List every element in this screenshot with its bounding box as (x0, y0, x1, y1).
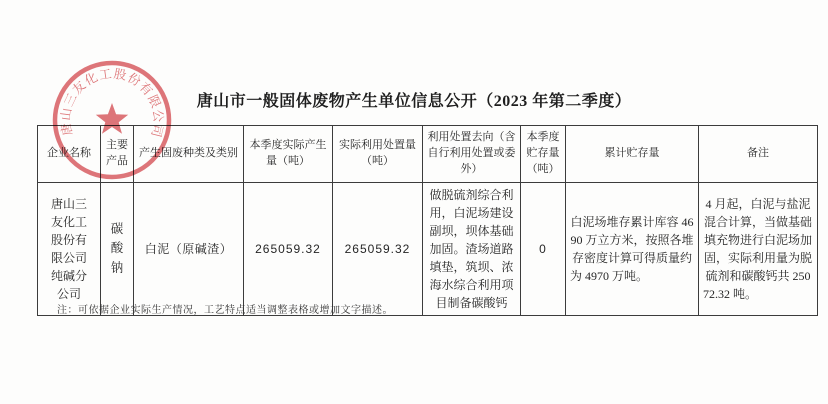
col-header-company-name: 企业名称 (38, 126, 101, 183)
col-header-cumulative-storage: 累计贮存量 (566, 126, 699, 183)
table-row: 唐山三友化工股份有限公司纯碱分公司 碳酸钠 白泥（原碱渣） 265059.32 … (38, 183, 818, 316)
col-header-waste-type: 产生固废种类及类别 (134, 126, 244, 183)
col-header-disposed-qty: 实际利用处置量（吨） (333, 126, 423, 183)
cell-disposed-qty: 265059.32 (333, 183, 423, 316)
col-header-produced-qty: 本季度实际产生量（吨） (244, 126, 333, 183)
waste-disclosure-table: 企业名称 主要产品 产生固废种类及类别 本季度实际产生量（吨） 实际利用处置量（… (37, 125, 818, 316)
main-product-text: 碳酸钠 (110, 220, 124, 278)
col-header-quarter-storage: 本季度贮存量（吨） (521, 126, 566, 183)
cell-remark: 4 月起，白泥与盐泥混合计算，当做基础填充物进行白泥场加固，实际利用量为脱硫剂和… (699, 183, 818, 316)
cell-disposal-direction: 做脱硫剂综合利用，白泥场建设副坝，坝体基础加固。渣场道路填垫，筑坝、浓海水综合利… (423, 183, 521, 316)
page-title: 唐山市一般固体废物产生单位信息公开（2023 年第二季度） (0, 88, 828, 111)
cell-quarter-storage: 0 (521, 183, 566, 316)
col-header-remark: 备注 (699, 126, 818, 183)
cell-company-name: 唐山三友化工股份有限公司纯碱分公司 (38, 183, 101, 316)
cell-produced-qty: 265059.32 (244, 183, 333, 316)
company-name-text: 唐山三友化工股份有限公司纯碱分公司 (49, 195, 90, 303)
cell-cumulative-storage: 白泥场堆存累计库容 4690 万立方米，按照各堆存密度计算可得质量约为 4970… (566, 183, 699, 316)
cell-waste-type: 白泥（原碱渣） (134, 183, 244, 316)
footnote: 注：可依据企业实际生产情况，工艺特点适当调整表格或增加文字描述。 (57, 301, 393, 316)
table-header-row: 企业名称 主要产品 产生固废种类及类别 本季度实际产生量（吨） 实际利用处置量（… (38, 126, 818, 183)
col-header-main-product: 主要产品 (101, 126, 134, 183)
col-header-disposal-direction: 利用处置去向（含自行利用处置或委外） (423, 126, 521, 183)
cell-main-product: 碳酸钠 (101, 183, 134, 316)
